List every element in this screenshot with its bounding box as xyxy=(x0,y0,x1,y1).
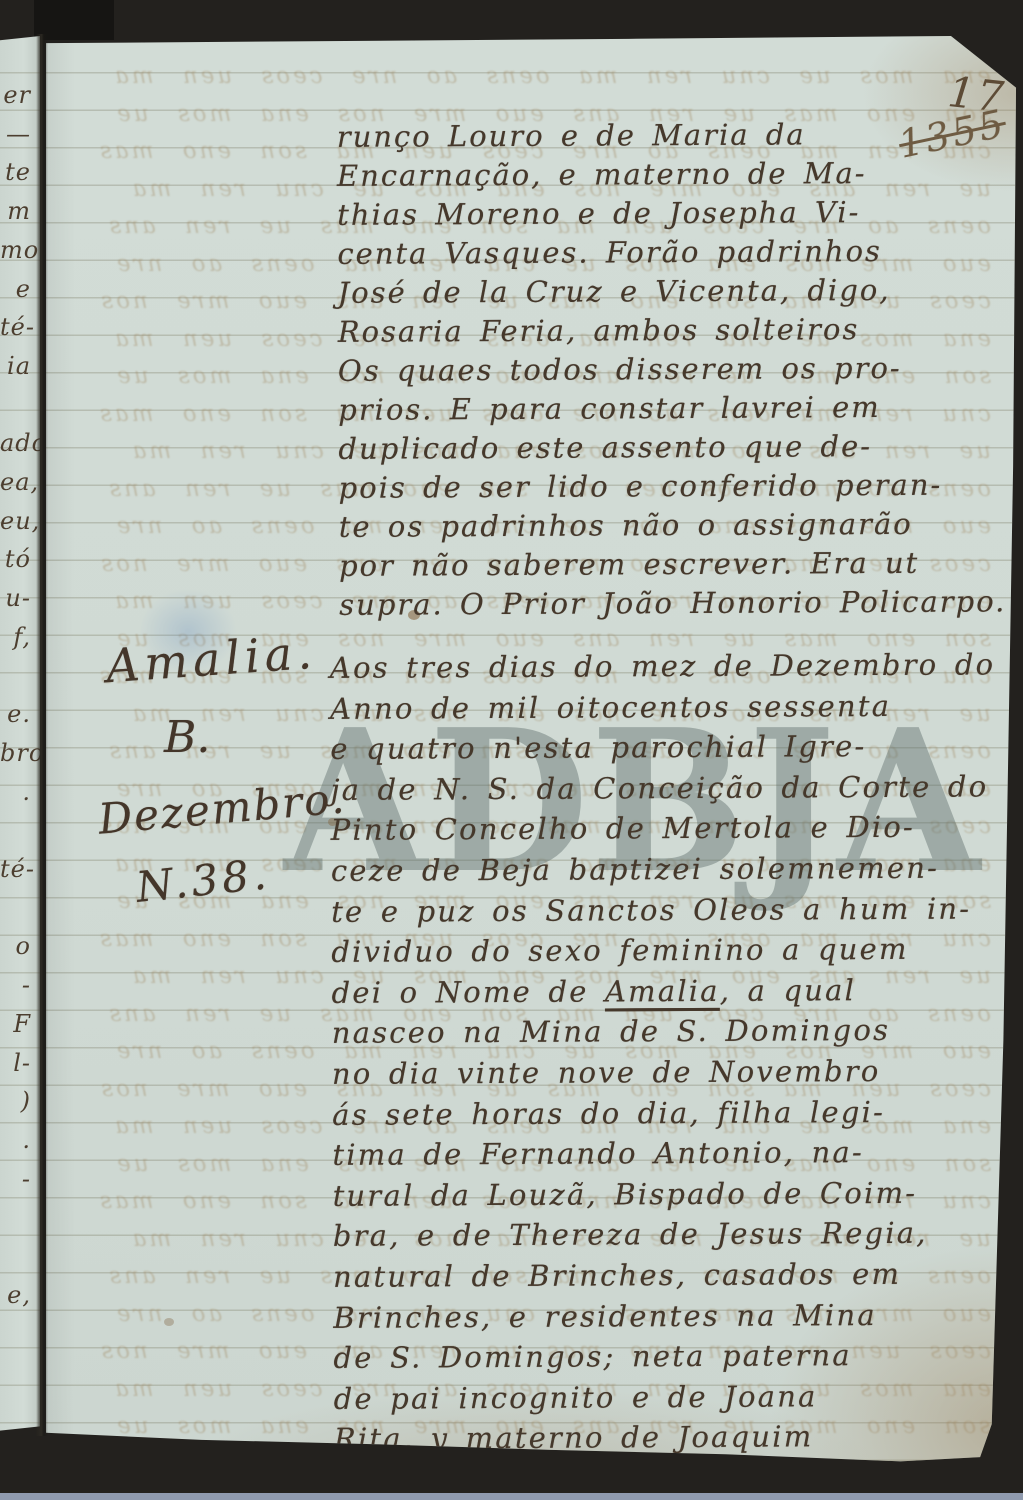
facing-page-fragments: er—temmo,eté-iaado,ea,eu,tóu-f,e.bro.té-… xyxy=(0,76,36,1314)
scanned-register-page: er—temmo,eté-iaado,ea,eu,tóu-f,e.bro.té-… xyxy=(0,0,1023,1500)
handwritten-line: Rosaria Feria, ambos solteiros xyxy=(338,309,1023,352)
left-page-fragment xyxy=(0,657,36,696)
left-page-fragment: e, xyxy=(0,1276,36,1315)
left-page-fragment: e. xyxy=(0,695,36,734)
left-page-fragment: ia xyxy=(0,347,36,386)
left-page-fragment: te xyxy=(0,153,36,192)
handwritten-line: de pai incognito e de Joana xyxy=(334,1375,1023,1419)
handwritten-line: dei o Nome de Amalia, a qual xyxy=(331,969,1023,1013)
left-page-fragment: — xyxy=(0,115,36,154)
left-page-fragment: er xyxy=(0,76,36,115)
handwritten-line: José de la Cruz e Vicenta, digo, xyxy=(337,270,1023,313)
left-page-fragment: ado, xyxy=(0,424,36,463)
left-page-fragment: - xyxy=(0,966,36,1005)
left-page-fragment: l- xyxy=(0,1044,36,1083)
handwritten-line: Os quaes todos disserem os pro- xyxy=(338,348,1023,391)
handwritten-line: Pinto Concelho de Mertola e Dio- xyxy=(331,807,1023,851)
handwritten-line: pois de ser lido e conferido peran- xyxy=(339,465,1023,508)
left-page-fragment xyxy=(0,386,36,425)
left-page-fragment: tó xyxy=(0,540,36,579)
handwritten-line: de S. Domingos; neta paterna xyxy=(333,1334,1023,1378)
handwritten-line: Aos tres dias do mez de Dezembro do xyxy=(330,644,1023,688)
register-page: ena mos ue cnu ren ma oens ao nre ceos u… xyxy=(46,36,1017,1470)
handwritten-line: Anno de mil oitocentos sessenta xyxy=(330,685,1023,729)
left-page-fragment: . xyxy=(0,773,36,812)
handwritten-line: tima de Fernando Antonio, na- xyxy=(332,1131,1023,1175)
handwritten-line: e quatro n'esta parochial Igre- xyxy=(330,725,1023,769)
left-page-fragment: té- xyxy=(0,850,36,889)
handwritten-line: nasceo na Mina de S. Domingos xyxy=(332,1009,1023,1053)
handwritten-line: supra. O Prior João Honorio Policarpo. xyxy=(339,582,1023,625)
handwritten-line: thias Moreno e de Josepha Vi- xyxy=(337,192,1023,235)
handwritten-line: te os padrinhos não o assignarão xyxy=(339,504,1023,547)
binding-gutter xyxy=(36,34,48,1436)
left-page-fragment: ea, xyxy=(0,463,36,502)
left-page-fragment xyxy=(0,811,36,850)
left-page-fragment: e xyxy=(0,270,36,309)
left-page-fragment: bro xyxy=(0,734,36,773)
handwritten-line: te e puz os Sanctos Oleos a hum in- xyxy=(331,888,1023,932)
left-page-fragment: té- xyxy=(0,308,36,347)
handwritten-line: bra, e de Thereza de Jesus Regia, xyxy=(333,1212,1023,1256)
left-page-fragment xyxy=(0,1237,36,1276)
handwritten-line: dividuo do sexo feminino a quem xyxy=(331,928,1023,972)
record-2-text-block: Aos tres dias do mez de Dezembro doAnno … xyxy=(330,644,1023,1500)
handwritten-line: Rita, y materno de Joaquim xyxy=(334,1415,1023,1459)
left-page-fragment: ) xyxy=(0,1082,36,1121)
handwritten-line: ceze de Beja baptizei solemnemen- xyxy=(331,847,1023,891)
handwritten-line: por não saberem escrever. Era ut xyxy=(339,543,1023,586)
foxing-spot xyxy=(164,1318,174,1326)
left-page-fragment: mo, xyxy=(0,231,36,270)
left-page-fragment: u- xyxy=(0,579,36,618)
left-page-fragment: - xyxy=(0,1160,36,1199)
left-page-fragment: . xyxy=(0,1121,36,1160)
handwritten-line: Brinches, e residentes na Mina xyxy=(333,1294,1023,1338)
handwritten-line: ás sete horas do dia, filha legi- xyxy=(332,1091,1023,1135)
left-page-fragment: eu, xyxy=(0,502,36,541)
handwritten-line: tural da Louzã, Bispado de Coim- xyxy=(333,1172,1023,1216)
left-page-fragment: m xyxy=(0,192,36,231)
left-page-fragment xyxy=(0,889,36,928)
left-page-fragment: o xyxy=(0,927,36,966)
facing-page-sliver: er—temmo,eté-iaado,ea,eu,tóu-f,e.bro.té-… xyxy=(0,36,40,1432)
handwritten-line: ja de N. S. da Conceição da Corte do xyxy=(330,766,1023,810)
scanner-edge-strip xyxy=(0,1493,1023,1500)
handwritten-line: no dia vinte nove de Novembro xyxy=(332,1050,1023,1094)
margin-note-record-type: B. xyxy=(164,712,210,763)
left-page-fragment: f, xyxy=(0,618,36,657)
handwritten-line: centa Vasques. Forão padrinhos xyxy=(337,231,1023,274)
handwritten-line: prios. E para constar lavrei em xyxy=(338,387,1023,430)
handwritten-line: natural de Brinches, casados em xyxy=(333,1253,1023,1297)
handwritten-line: duplicado este assento que de- xyxy=(338,426,1023,469)
left-page-fragment xyxy=(0,1198,36,1237)
record-1-text-block: runço Louro e de Maria daEncarnação, e m… xyxy=(337,114,1023,625)
left-page-fragment: F xyxy=(0,1005,36,1044)
